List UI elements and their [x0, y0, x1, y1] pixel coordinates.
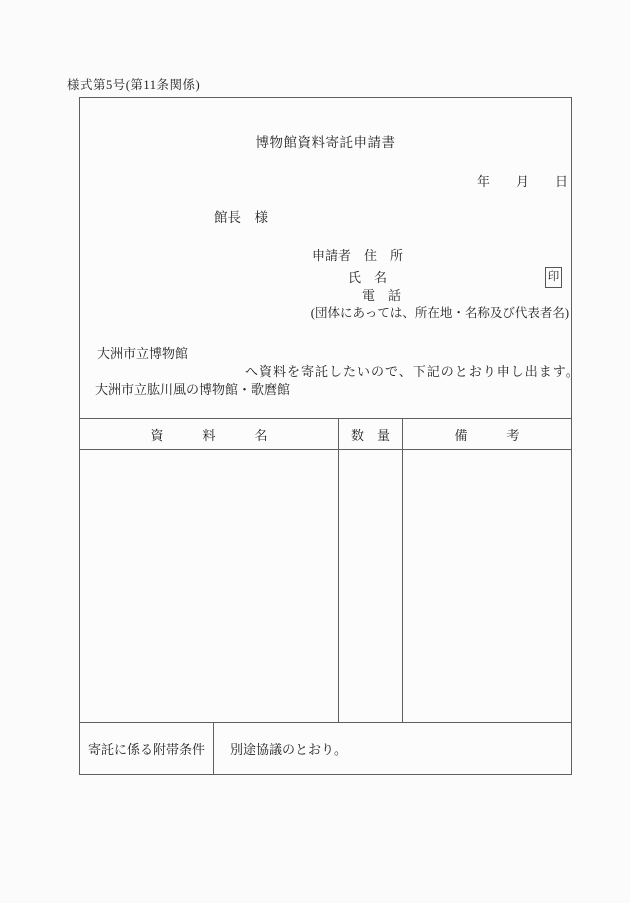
conditions-label-cell: 寄託に係る附帯条件	[80, 723, 214, 774]
remarks-cell	[403, 450, 571, 722]
header-remarks: 備 考	[403, 419, 571, 449]
table-header-row: 資 料 名 数 量 備 考	[80, 419, 571, 450]
table-footer-row: 寄託に係る附帯条件 別途協議のとおり。	[80, 722, 571, 774]
seal-box: 印	[545, 267, 562, 288]
quantity-cell	[339, 450, 403, 722]
table-body-row	[80, 450, 571, 722]
document-page: 様式第5号(第11条関係) 博物館資料寄託申請書 年 月 日 館長 様 申請者 …	[0, 0, 630, 903]
header-material-name: 資 料 名	[80, 419, 339, 449]
form-number-label: 様式第5号(第11条関係)	[67, 78, 200, 93]
conditions-value-cell: 別途協議のとおり。	[214, 723, 571, 774]
materials-table: 資 料 名 数 量 備 考 寄託に係る附帯条件 別途協議のとおり。	[80, 418, 571, 774]
document-title: 博物館資料寄託申請書	[80, 136, 571, 151]
museum-name-2: 大洲市立肱川風の博物館・歌麿館	[95, 383, 290, 397]
group-applicant-note: (団体にあっては、所在地・名称及び代表者名)	[311, 307, 569, 321]
museum-name-1: 大洲市立博物館	[97, 347, 188, 361]
addressee-line: 館長 様	[214, 211, 268, 226]
date-line: 年 月 日	[477, 175, 568, 189]
header-quantity: 数 量	[339, 419, 403, 449]
deposit-statement: へ資料を寄託したいので、下記のとおり申し出ます。	[245, 365, 580, 379]
applicant-phone-line: 電 話	[362, 289, 401, 303]
applicant-name-line: 氏 名	[348, 271, 387, 285]
form-outer-border: 博物館資料寄託申請書 年 月 日 館長 様 申請者 住 所 氏 名 電 話 印 …	[79, 97, 572, 775]
material-name-cell	[80, 450, 339, 722]
applicant-address-line: 申請者 住 所	[312, 249, 403, 263]
seal-mark: 印	[548, 271, 560, 284]
